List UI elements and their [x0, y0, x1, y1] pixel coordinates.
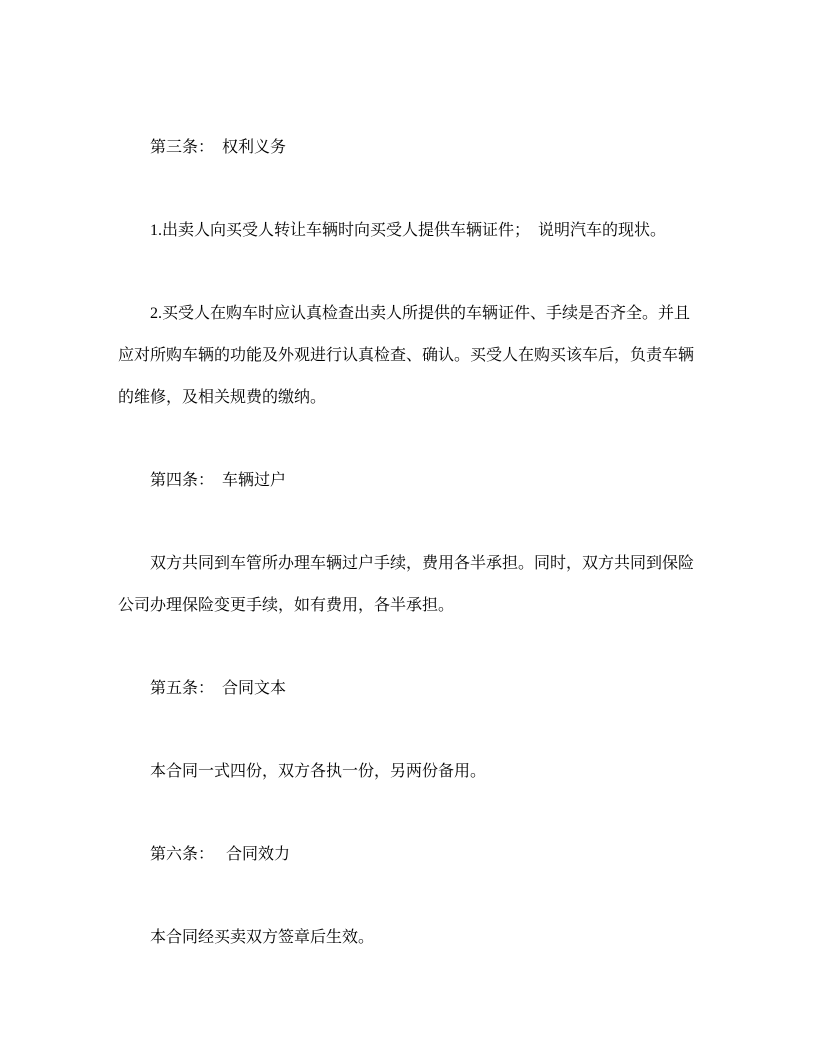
article-4-body: 双方共同到车管所办理车辆过户手续，费用各半承担。同时，双方共同到保险 公司办理保… — [118, 543, 710, 626]
article-3-clause-2: 2.买受人在购车时应认真检查出卖人所提供的车辆证件、手续是否齐全。并且 应对所购… — [118, 293, 710, 418]
document-page: 第三条： 权利义务 1.出卖人向买受人转让车辆时向买受人提供车辆证件； 说明汽车… — [0, 0, 816, 1056]
article-6-heading: 第六条： 合同效力 — [118, 834, 710, 876]
article-6-body: 本合同经买卖双方签章后生效。 — [118, 917, 710, 959]
article-3-heading: 第三条： 权利义务 — [118, 127, 710, 169]
article-5-body: 本合同一式四份，双方各执一份，另两份备用。 — [118, 751, 710, 793]
article-5-heading: 第五条： 合同文本 — [118, 668, 710, 710]
article-4-heading: 第四条： 车辆过户 — [118, 460, 710, 502]
article-3-clause-1: 1.出卖人向买受人转让车辆时向买受人提供车辆证件； 说明汽车的现状。 — [118, 210, 710, 252]
